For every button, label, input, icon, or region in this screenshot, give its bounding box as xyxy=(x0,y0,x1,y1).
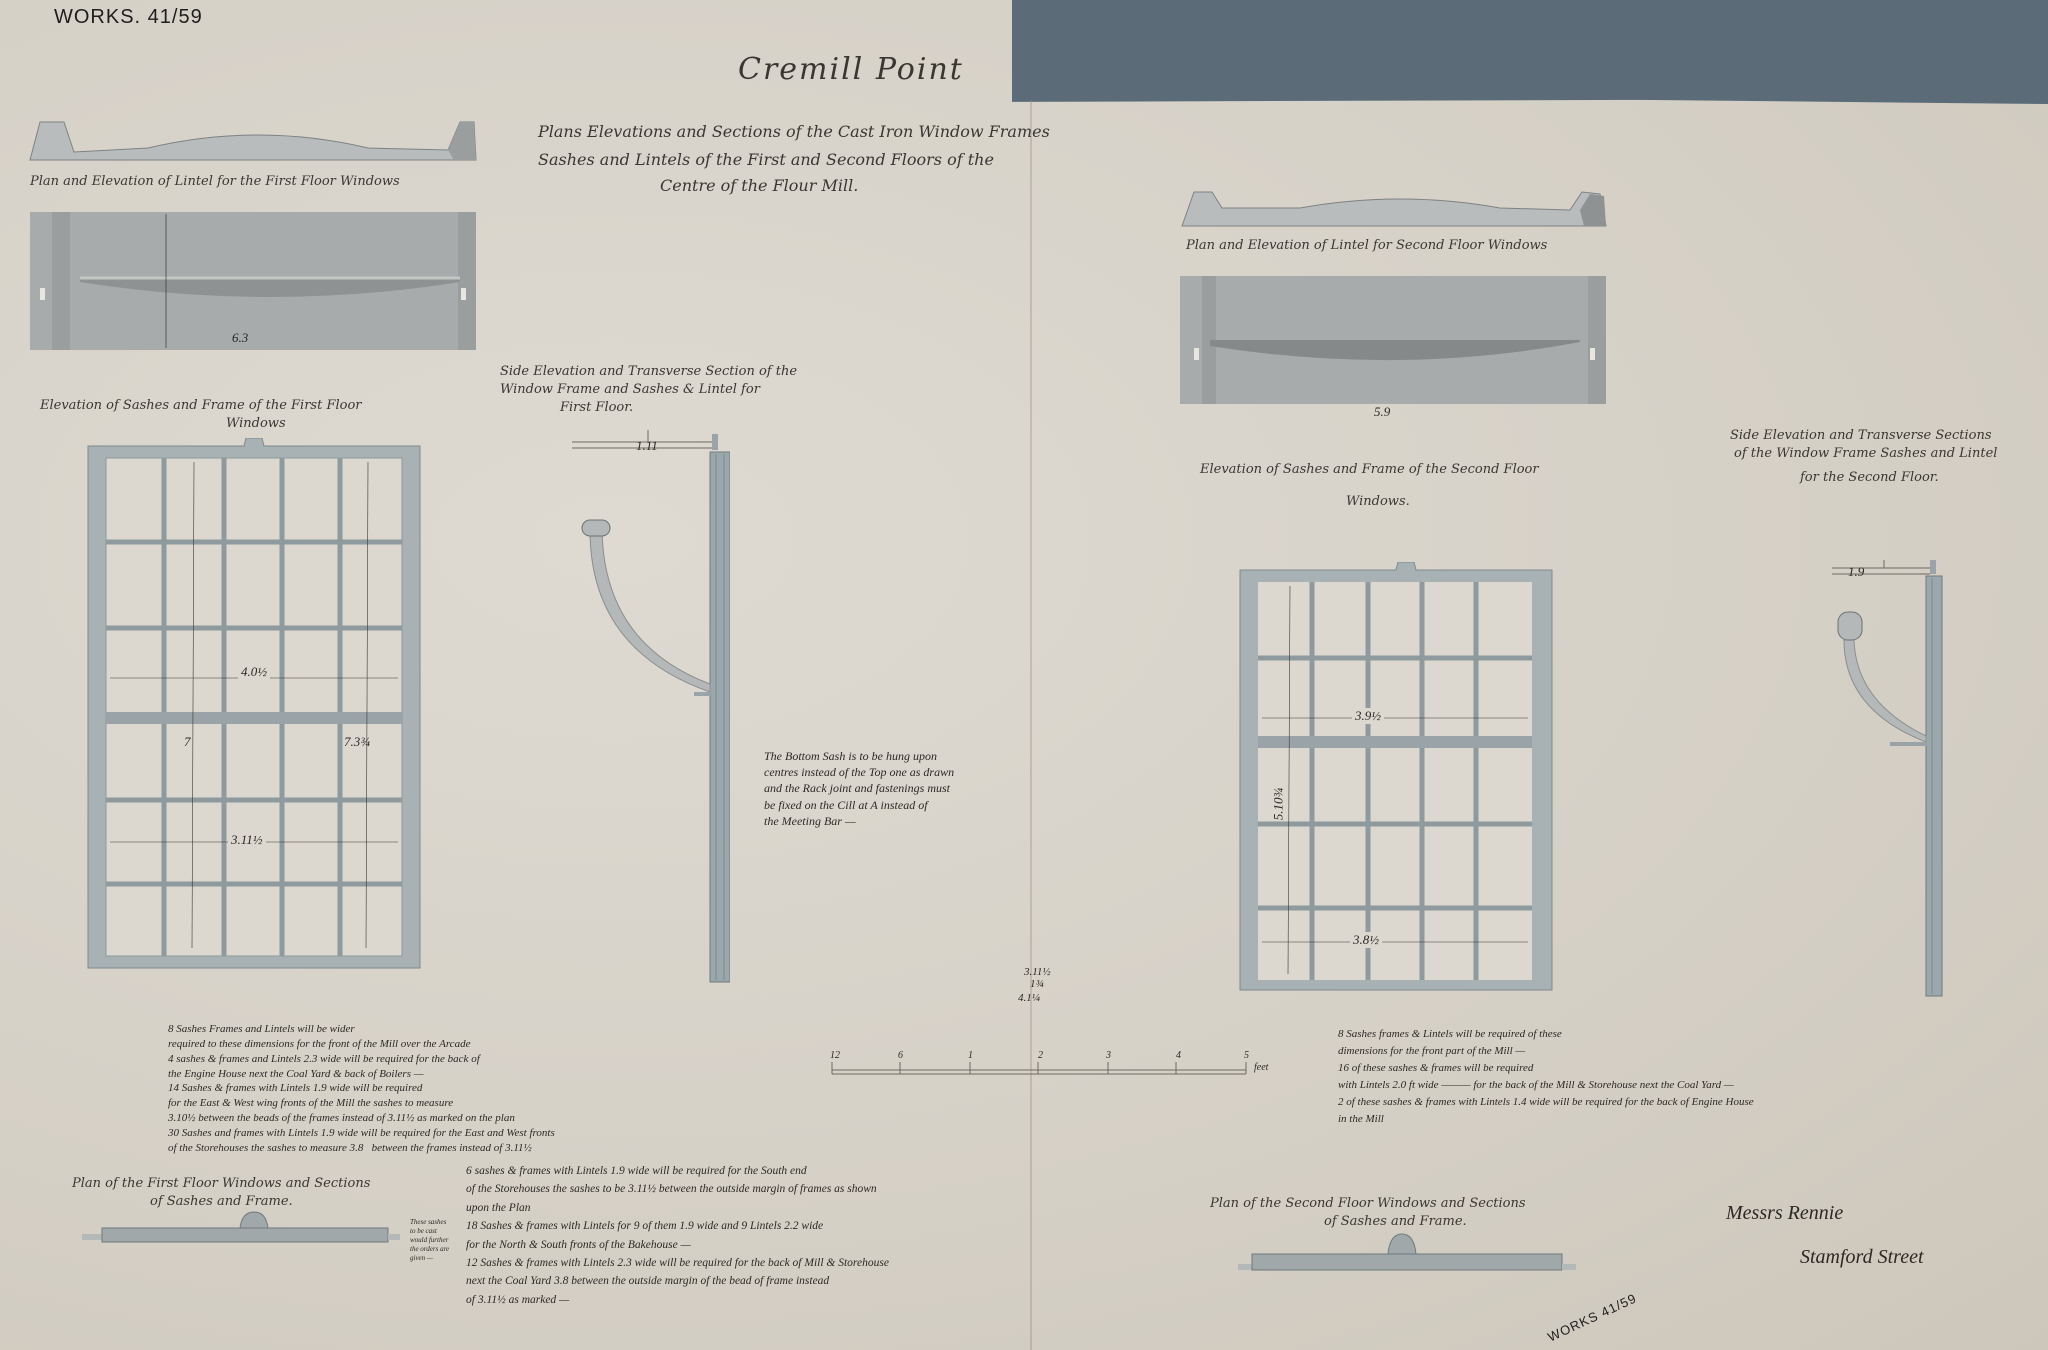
notes-left-lower: 6 sashes & frames with Lintels 1.9 wide … xyxy=(466,1162,889,1309)
paper-fold-line xyxy=(1030,100,1032,1350)
caption-elevation-first-2: Windows xyxy=(226,416,286,431)
signature-stamford-street: Stamford Street xyxy=(1800,1244,1924,1271)
scale-label-6: 6 xyxy=(898,1050,903,1061)
side-section-second-floor xyxy=(1830,560,1950,1000)
caption-side-second-3: for the Second Floor. xyxy=(1800,470,1939,485)
caption-plan-second-1: Plan of the Second Floor Windows and Sec… xyxy=(1210,1196,1526,1211)
side-section-first-floor xyxy=(570,430,730,990)
dim-second-lintel-side: 1.9 xyxy=(1848,564,1864,580)
scale-label-12: 12 xyxy=(830,1050,840,1061)
caption-side-first-3: First Floor. xyxy=(560,400,633,415)
lintel-second-plan xyxy=(1180,188,1610,228)
caption-plan-first-2: of Sashes and Frame. xyxy=(150,1194,293,1209)
reference-stamp-bottom: WORKS 41/59 xyxy=(1545,1290,1639,1344)
window-first-floor-elevation xyxy=(84,438,424,978)
scale-label-1: 1 xyxy=(968,1050,973,1061)
bracket-note: These sashes to be cast would further th… xyxy=(410,1218,449,1263)
caption-elevation-first-1: Elevation of Sashes and Frame of the Fir… xyxy=(40,398,362,413)
caption-side-first-2: Window Frame and Sashes & Lintel for xyxy=(500,382,760,397)
backing-mount xyxy=(1012,0,2048,104)
signature-rennie: Messrs Rennie xyxy=(1726,1200,1843,1227)
lintel-first-plan xyxy=(28,118,478,164)
scale-label-4: 4 xyxy=(1176,1050,1181,1061)
lintel-first-elevation xyxy=(30,212,476,350)
dim-first-top-width: 4.0½ xyxy=(238,664,270,680)
scale-label-3: 3 xyxy=(1106,1050,1111,1061)
calc-line-1: 3.11½ xyxy=(1024,966,1051,978)
drawing-sheet: WORKS. 41/59 Cremill Point Plans Elevati… xyxy=(0,0,2048,1350)
caption-lintel-first: Plan and Elevation of Lintel for the Fir… xyxy=(30,174,400,189)
caption-side-second-2: of the Window Frame Sashes and Lintel xyxy=(1734,446,1997,461)
dim-second-bottom-width: 3.8½ xyxy=(1350,932,1382,948)
calc-line-3: 4.1¼ xyxy=(1018,992,1040,1004)
plan-second-floor-windows xyxy=(1238,1232,1578,1276)
dim-lintel-second-width: 5.9 xyxy=(1374,404,1390,420)
calc-line-2: 1¾ xyxy=(1030,978,1044,990)
reference-stamp-top: WORKS. 41/59 xyxy=(54,6,203,29)
dim-second-height: 5.10¾ xyxy=(1270,788,1286,821)
caption-side-second-1: Side Elevation and Transverse Sections xyxy=(1730,428,1992,443)
dim-lintel-first-width: 6.3 xyxy=(232,330,248,346)
drawing-title: Cremill Point xyxy=(738,52,964,87)
subtitle-line-1: Plans Elevations and Sections of the Cas… xyxy=(538,122,1050,141)
caption-side-first-1: Side Elevation and Transverse Section of… xyxy=(500,364,797,379)
dim-first-lintel-side: 1.11 xyxy=(636,438,658,454)
lintel-second-elevation xyxy=(1180,276,1606,404)
subtitle-line-2: Sashes and Lintels of the First and Seco… xyxy=(538,150,994,169)
scale-label-2: 2 xyxy=(1038,1050,1043,1061)
dim-second-top-width: 3.9½ xyxy=(1352,708,1384,724)
caption-elevation-second-1: Elevation of Sashes and Frame of the Sec… xyxy=(1200,462,1539,477)
subtitle-line-3: Centre of the Flour Mill. xyxy=(660,176,858,195)
dim-first-height-right: 7.3¾ xyxy=(344,734,370,750)
caption-plan-second-2: of Sashes and Frame. xyxy=(1324,1214,1467,1229)
caption-lintel-second: Plan and Elevation of Lintel for Second … xyxy=(1186,238,1547,253)
scale-unit: feet xyxy=(1254,1062,1268,1073)
dim-first-height-left: 7 xyxy=(184,734,191,750)
note-bottom-sash: The Bottom Sash is to be hung upon centr… xyxy=(764,748,954,829)
notes-left-upper: 8 Sashes Frames and Lintels will be wide… xyxy=(168,1022,555,1156)
plan-first-floor-windows xyxy=(82,1210,402,1246)
caption-elevation-second-2: Windows. xyxy=(1346,494,1410,509)
caption-plan-first-1: Plan of the First Floor Windows and Sect… xyxy=(72,1176,370,1191)
scale-label-5: 5 xyxy=(1244,1050,1249,1061)
window-second-floor-elevation xyxy=(1236,562,1556,992)
notes-right: 8 Sashes frames & Lintels will be requir… xyxy=(1338,1026,1754,1128)
dim-first-bottom-width: 3.11½ xyxy=(228,832,266,848)
